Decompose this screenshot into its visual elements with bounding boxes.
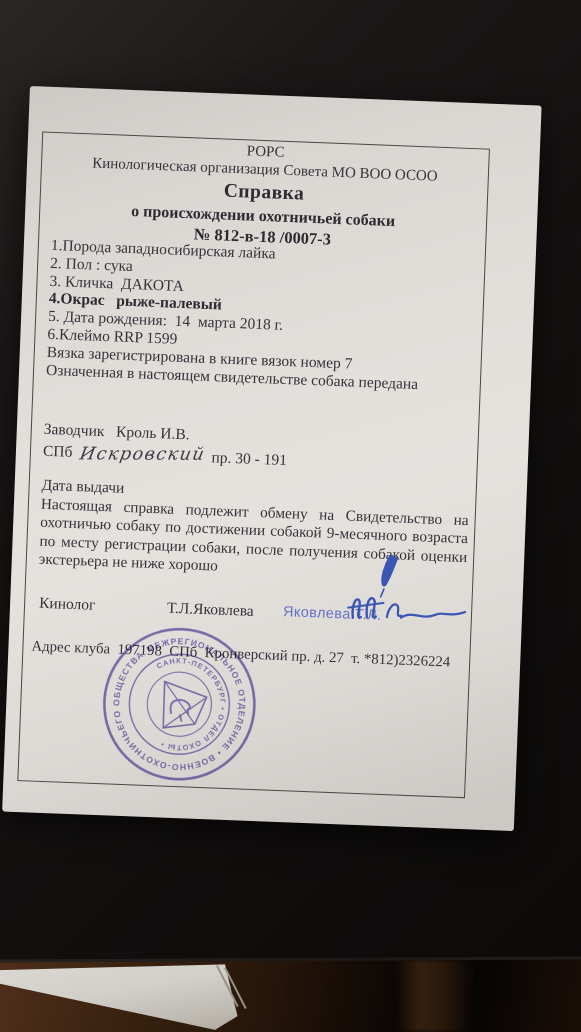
signature-ink [342, 549, 473, 638]
cynologist-label: Кинолог [39, 595, 96, 615]
photo-scene: РОРС Кинологическая организация Совета М… [0, 0, 581, 1032]
address-rest: пр. 30 - 191 [211, 449, 287, 469]
certificate-paper: РОРС Кинологическая организация Совета М… [2, 86, 541, 831]
club-stamp: МЕЖРЕГИОНАЛЬНОЕ ОТДЕЛЕНИЕ • ВОЕННО-ОХОТН… [67, 592, 292, 817]
svg-text:МЕЖРЕГИОНАЛЬНОЕ ОТДЕЛЕНИЕ • ВО: МЕЖРЕГИОНАЛЬНОЕ ОТДЕЛЕНИЕ • ВОЕННО-ОХОТН… [86, 611, 273, 798]
dog-data-list: 1.Порода западносибирская лайка 2. Пол :… [46, 237, 477, 396]
table-shadow [395, 960, 475, 1032]
address-city: СПб [43, 443, 73, 461]
table-surface [0, 960, 581, 1032]
paper-stack-corner [0, 960, 250, 1032]
stamp-outer-text: МЕЖРЕГИОНАЛЬНОЕ ОТДЕЛЕНИЕ • ВОЕННО-ОХОТН… [86, 611, 273, 798]
handwritten-street: Искровский [79, 444, 208, 464]
certificate-border-box: РОРС Кинологическая организация Совета М… [17, 132, 490, 799]
